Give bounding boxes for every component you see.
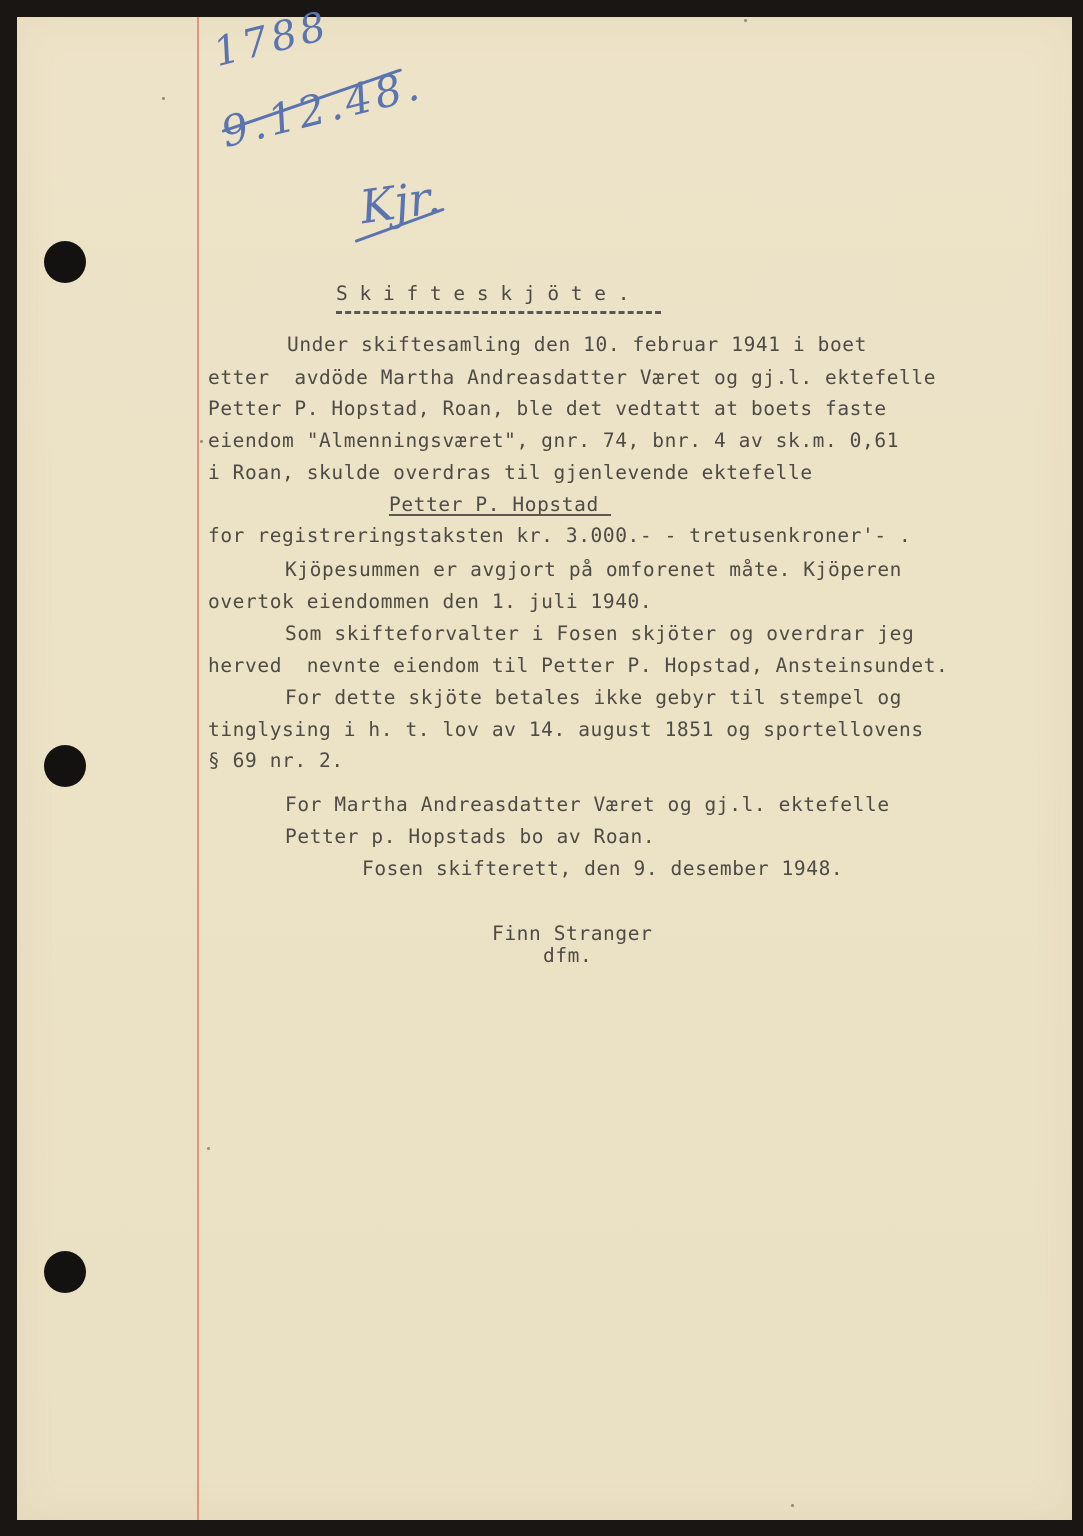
body-line: tinglysing i h. t. lov av 14. august 185… [208, 718, 924, 741]
paper-speck [791, 1504, 794, 1507]
body-line: eiendom "Almenningsværet", gnr. 74, bnr.… [208, 429, 899, 452]
paper-speck [207, 1147, 210, 1150]
body-line: overtok eiendommen den 1. juli 1940. [208, 590, 652, 613]
body-line: Petter P. Hopstad, Roan, ble det vedtatt… [208, 397, 887, 420]
punch-hole-middle [44, 745, 86, 787]
paper-speck [744, 19, 747, 22]
title-underline [336, 311, 661, 314]
paper-speck [162, 97, 165, 100]
body-line: § 69 nr. 2. [208, 749, 344, 772]
recipient-name: Petter P. Hopstad [389, 493, 599, 516]
document-title: S k i f t e s k j ö t e . [336, 282, 630, 305]
body-line: Under skiftesamling den 10. februar 1941… [287, 333, 867, 356]
signature-title: dfm. [543, 944, 592, 967]
body-line: Petter p. Hopstads bo av Roan. [285, 825, 655, 848]
punch-hole-bottom [44, 1251, 86, 1293]
recipient-name-underline [389, 514, 611, 516]
paper-speck [200, 440, 203, 443]
body-line: etter avdöde Martha Andreasdatter Været … [208, 366, 936, 389]
body-line: herved nevnte eiendom til Petter P. Hops… [208, 654, 948, 677]
body-line: For Martha Andreasdatter Været og gj.l. … [285, 793, 890, 816]
place-date-line: Fosen skifterett, den 9. desember 1948. [362, 857, 843, 880]
body-line: for registreringstaksten kr. 3.000.- - t… [208, 524, 911, 547]
body-line: Kjöpesummen er avgjort på omforenet måte… [285, 558, 902, 581]
punch-hole-top [44, 241, 86, 283]
body-line: For dette skjöte betales ikke gebyr til … [285, 686, 902, 709]
red-margin-line [197, 17, 199, 1520]
signature-name: Finn Stranger [492, 922, 652, 945]
document-page [17, 17, 1072, 1520]
body-line: i Roan, skulde overdras til gjenlevende … [208, 461, 813, 484]
body-line: Som skifteforvalter i Fosen skjöter og o… [285, 622, 914, 645]
